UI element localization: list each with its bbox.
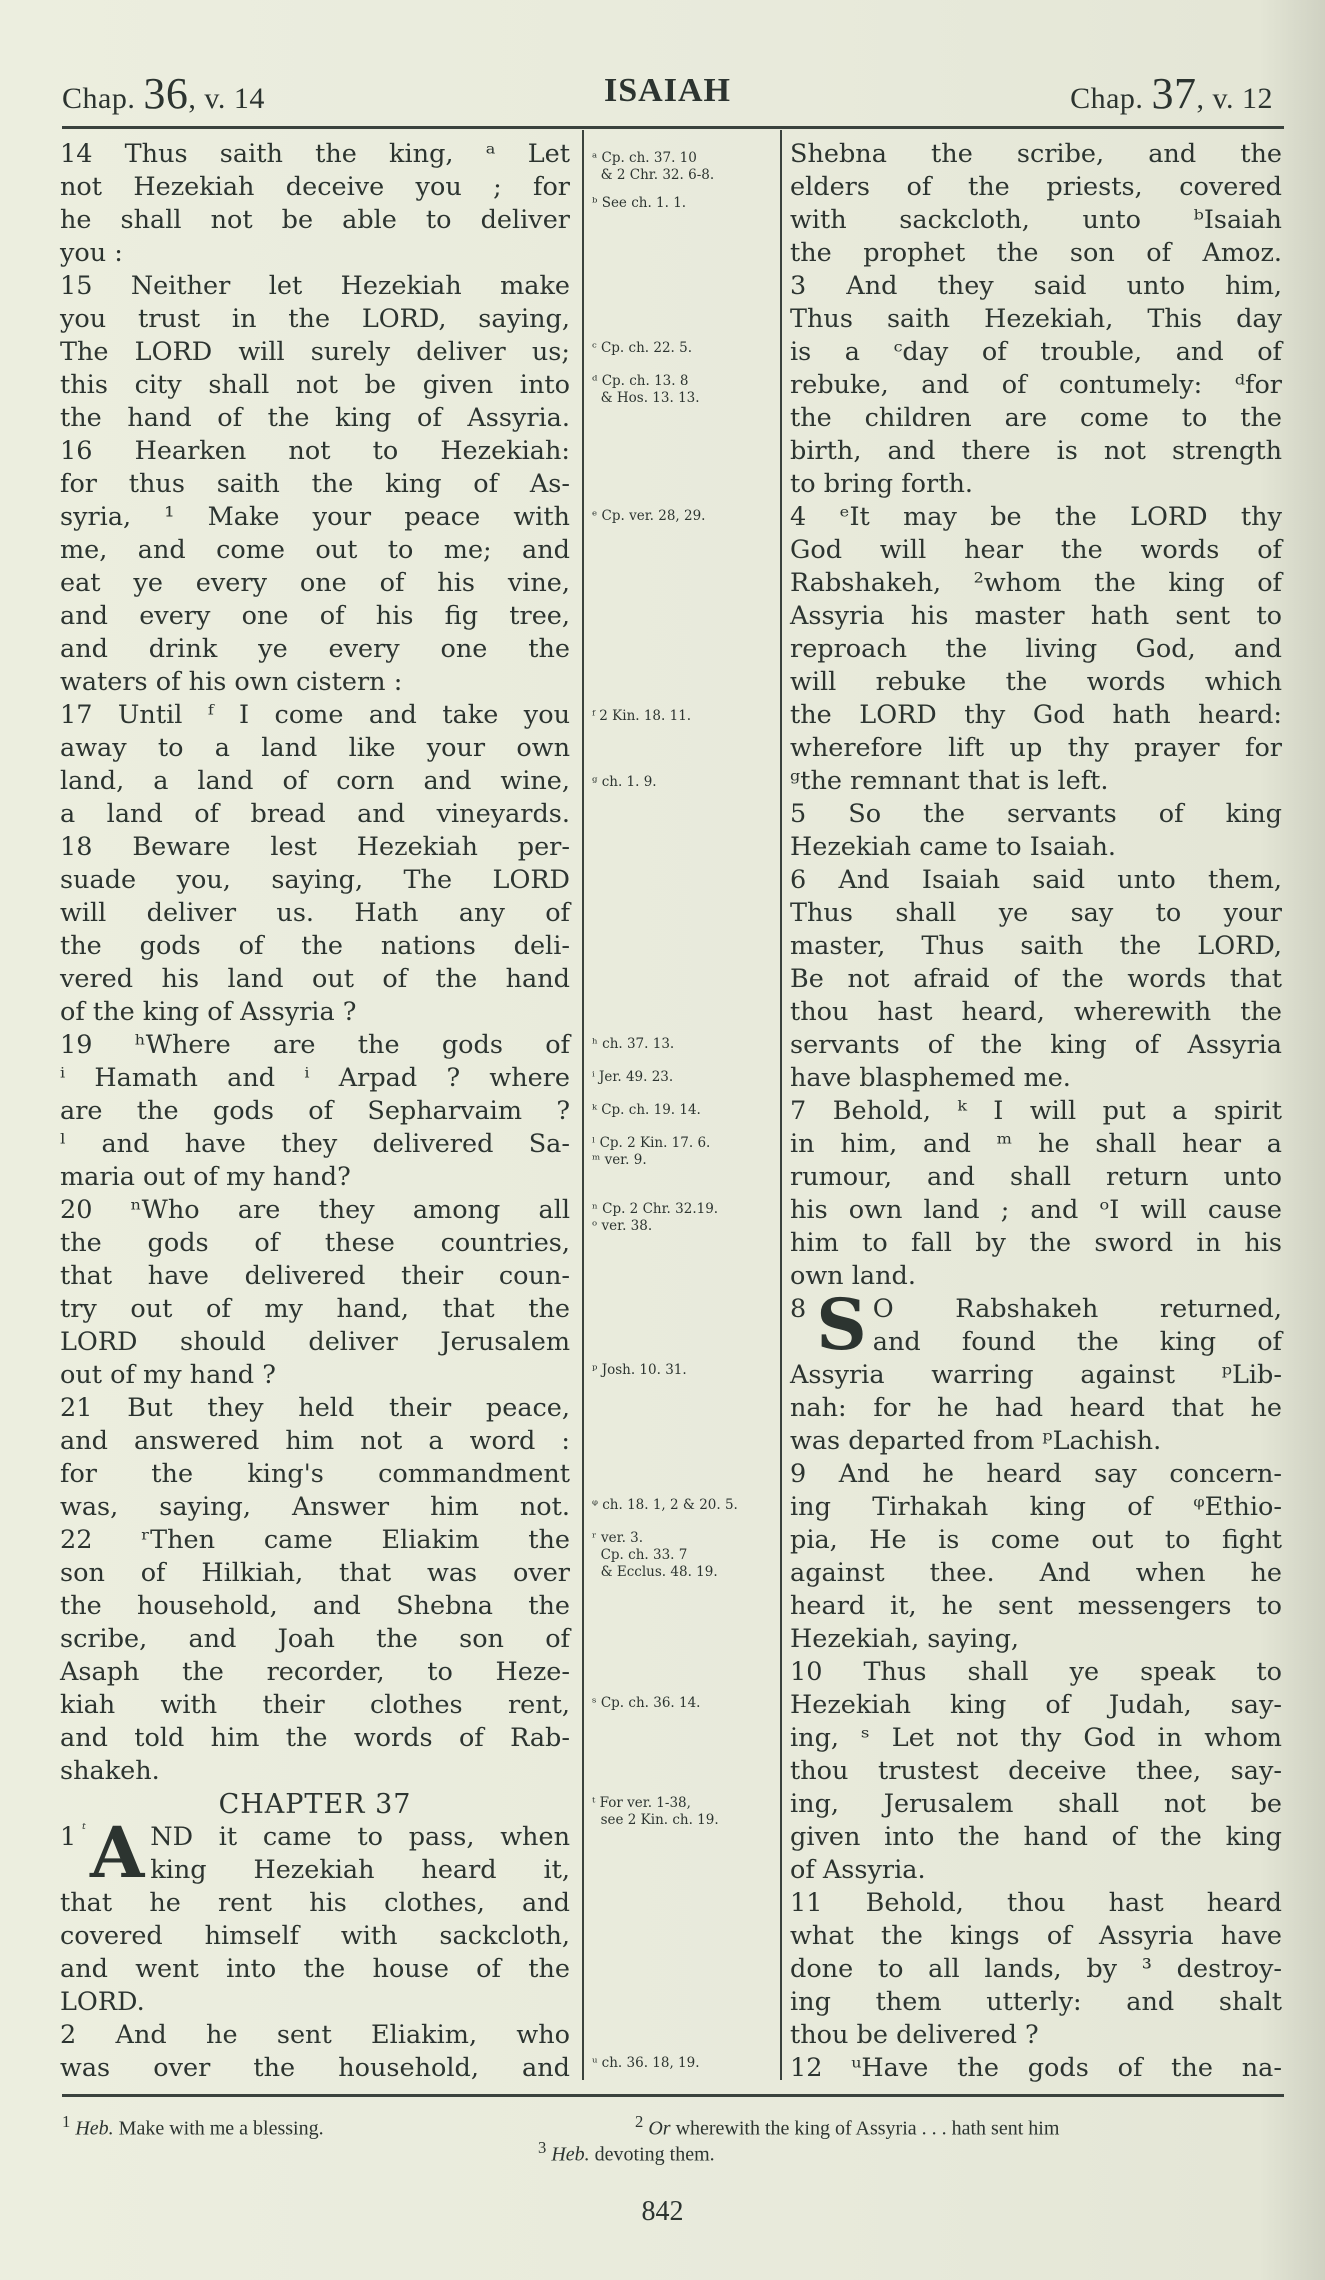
text-line: Rabshakeh, ²whom the king of: [790, 567, 1282, 600]
text-line: what the kings of Assyria have: [790, 1920, 1282, 1953]
text-line: was departed from ᵖLachish.: [790, 1425, 1282, 1458]
footnote-text: devoting them.: [590, 2144, 715, 2166]
text-line: of the king of Assyria ?: [60, 996, 570, 1029]
footnote-label: Heb.: [551, 2144, 589, 2166]
text-line: ⁱ Hamath and ⁱ Arpad ? where: [60, 1062, 570, 1095]
text-line: 9 And he heard say concern-: [790, 1458, 1282, 1491]
cross-reference: ˡ Cp. 2 Kin. 17. 6. ᵐ ver. 9.: [592, 1135, 710, 1169]
text-line: shakeh.: [60, 1755, 570, 1788]
text-line: syria, ¹ Make your peace with: [60, 501, 570, 534]
text-line: covered himself with sackcloth,: [60, 1920, 570, 1953]
text-line: thou hast heard, wherewith the: [790, 996, 1282, 1029]
text-line: elders of the priests, covered: [790, 171, 1282, 204]
text-line: not Hezekiah deceive you ; for: [60, 171, 570, 204]
text-line: ˡ and have they delivered Sa-: [60, 1128, 570, 1161]
text-line: waters of his own cistern :: [60, 666, 570, 699]
text-line: rumour, and shall return unto: [790, 1161, 1282, 1194]
text-line: to bring forth.: [790, 468, 1282, 501]
header-rule: [62, 126, 1284, 129]
cross-reference: ᵠ ch. 18. 1, 2 & 20. 5.: [592, 1497, 738, 1514]
text-line: will deliver us. Hath any of: [60, 897, 570, 930]
text-line: Be not afraid of the words that: [790, 963, 1282, 996]
text-line: ing Tirhakah king of ᵠEthio-: [790, 1491, 1282, 1524]
text-line: and told him the words of Rab-: [60, 1722, 570, 1755]
text-line: are the gods of Sepharvaim ?: [60, 1095, 570, 1128]
text-line: will rebuke the words which: [790, 666, 1282, 699]
text-line: try out of my hand, that the: [60, 1293, 570, 1326]
text-line: Assyria warring against ᵖLib-: [790, 1359, 1282, 1392]
text-line: Shebna the scribe, and the: [790, 138, 1282, 171]
text-line: the hand of the king of Assyria.: [60, 402, 570, 435]
text-line: the gods of these countries,: [60, 1227, 570, 1260]
text-line: the household, and Shebna the: [60, 1590, 570, 1623]
text-line: own land.: [790, 1260, 1282, 1293]
text-line: that have delivered their coun-: [60, 1260, 570, 1293]
cross-reference: ᵗ For ver. 1-38, see 2 Kin. ch. 19.: [592, 1795, 719, 1829]
text-line: 18 Beware lest Hezekiah per-: [60, 831, 570, 864]
text-line: 7 Behold, ᵏ I will put a spirit: [790, 1095, 1282, 1128]
footnote-label: Or: [648, 2118, 670, 2140]
verse-number: 1: [60, 1821, 76, 1854]
text-line: is a ᶜday of trouble, and of: [790, 336, 1282, 369]
text-line: LORD.: [60, 1986, 570, 2019]
cross-reference-column: ᵃ Cp. ch. 37. 10 & 2 Chr. 32. 6-8.ᵇ See …: [582, 130, 782, 2080]
text-line: rebuke, and of contumely: ᵈfor: [790, 369, 1282, 402]
text-line: God will hear the words of: [790, 534, 1282, 567]
text-line: the prophet the son of Amoz.: [790, 237, 1282, 270]
text-line: Hezekiah, saying,: [790, 1623, 1282, 1656]
cross-reference: ᶠ 2 Kin. 18. 11.: [592, 708, 691, 725]
cross-reference: ᵖ Josh. 10. 31.: [592, 1362, 687, 1379]
text-line: The LORD will surely deliver us;: [60, 336, 570, 369]
text-line: 11 Behold, thou hast heard: [790, 1887, 1282, 1920]
text-line: this city shall not be given into: [60, 369, 570, 402]
text-line: that he rent his clothes, and: [60, 1887, 570, 1920]
text-line: 15 Neither let Hezekiah make: [60, 270, 570, 303]
footnote-3: 3 Heb. devoting them.: [538, 2138, 715, 2167]
text-line: pia, He is come out to fight: [790, 1524, 1282, 1557]
cross-reference: ᵈ Cp. ch. 13. 8 & Hos. 13. 13.: [592, 373, 700, 407]
text-line: out of my hand ?: [60, 1359, 570, 1392]
text-line: Thus saith Hezekiah, This day: [790, 303, 1282, 336]
dropcap-paragraph: 1ᵗAND it came to pass, whenking Hezekiah…: [60, 1821, 570, 2085]
text-line: 19 ʰWhere are the gods of: [60, 1029, 570, 1062]
text-line: 5 So the servants of king: [790, 798, 1282, 831]
header-right-reference: Chap. 37, v. 12: [1070, 68, 1273, 119]
text-line: you :: [60, 237, 570, 270]
text-line: done to all lands, by ³ destroy-: [790, 1953, 1282, 1986]
footnote-number: 2: [635, 2112, 643, 2131]
text-line: master, Thus saith the LORD,: [790, 930, 1282, 963]
text-line: 14 Thus saith the king, ᵃ Let: [60, 138, 570, 171]
text-line: 10 Thus shall ye speak to: [790, 1656, 1282, 1689]
cross-reference: ᶜ Cp. ch. 22. 5.: [592, 340, 692, 357]
text-line: maria out of my hand?: [60, 1161, 570, 1194]
footnote-rule: [62, 2094, 1284, 2097]
text-line: ing them utterly: and shalt: [790, 1986, 1282, 2019]
text-line: given into the hand of the king: [790, 1821, 1282, 1854]
text-line: land, a land of corn and wine,: [60, 765, 570, 798]
text-line: Hezekiah came to Isaiah.: [790, 831, 1282, 864]
text-line: him to fall by the sword in his: [790, 1227, 1282, 1260]
verse-number: 8: [790, 1293, 806, 1326]
running-header: Chap. 36, v. 14 ISAIAH Chap. 37, v. 12: [62, 68, 1273, 118]
text-line: the children are come to the: [790, 402, 1282, 435]
text-line: son of Hilkiah, that was over: [60, 1557, 570, 1590]
text-line: against thee. And when he: [790, 1557, 1282, 1590]
text-line: heard it, he sent messengers to: [790, 1590, 1282, 1623]
text-line: for thus saith the king of As-: [60, 468, 570, 501]
text-line: the gods of the nations deli-: [60, 930, 570, 963]
cross-reference: ʰ ch. 37. 13.: [592, 1036, 674, 1053]
text-line: thou be delivered ?: [790, 2019, 1282, 2052]
footnote-number: 1: [62, 2112, 70, 2131]
cross-reference: ᵉ Cp. ver. 28, 29.: [592, 508, 705, 525]
cross-reference: ᵍ ch. 1. 9.: [592, 774, 657, 791]
text-line: scribe, and Joah the son of: [60, 1623, 570, 1656]
cross-reference: ⁱ Jer. 49. 23.: [592, 1069, 673, 1086]
cross-reference: ᵏ Cp. ch. 19. 14.: [592, 1102, 701, 1119]
text-line: eat ye every one of his vine,: [60, 567, 570, 600]
cross-reference: ˢ Cp. ch. 36. 14.: [592, 1695, 700, 1712]
page-number: 842: [0, 2196, 1325, 2228]
cross-reference: ᵃ Cp. ch. 37. 10 & 2 Chr. 32. 6-8.: [592, 150, 714, 184]
text-line: 12 ᵘHave the gods of the na-: [790, 2052, 1282, 2085]
text-line: away to a land like your own: [60, 732, 570, 765]
text-line: reproach the living God, and: [790, 633, 1282, 666]
footnote-number: 3: [538, 2138, 546, 2157]
text-line: 4 ᵉIt may be the LORD thy: [790, 501, 1282, 534]
left-text-column: 14 Thus saith the king, ᵃ Letnot Hezekia…: [60, 138, 570, 2085]
footnote-text: Make with me a blessing.: [114, 2118, 324, 2140]
text-line: vered his land out of the hand: [60, 963, 570, 996]
text-line: his own land ; and ᵒI will cause: [790, 1194, 1282, 1227]
text-line: and answered him not a word :: [60, 1425, 570, 1458]
footnote-text: wherewith the king of Assyria . . . hath…: [671, 2118, 1060, 2140]
right-text-column: Shebna the scribe, and theelders of the …: [790, 138, 1282, 2085]
cross-reference: ⁿ Cp. 2 Chr. 32.19. ᵒ ver. 38.: [592, 1201, 718, 1235]
text-line: servants of the king of Assyria: [790, 1029, 1282, 1062]
text-line: ing, Jerusalem shall not be: [790, 1788, 1282, 1821]
footnote-1: 1 Heb. Make with me a blessing.: [62, 2112, 324, 2141]
text-line: wherefore lift up thy prayer for: [790, 732, 1282, 765]
text-line: suade you, saying, The LORD: [60, 864, 570, 897]
text-line: have blasphemed me.: [790, 1062, 1282, 1095]
footnote-label: Heb.: [75, 2118, 113, 2140]
text-line: with sackcloth, unto ᵇIsaiah: [790, 204, 1282, 237]
cross-reference: ʳ ver. 3. Cp. ch. 33. 7 & Ecclus. 48. 19…: [592, 1530, 718, 1581]
text-line: for the king's commandment: [60, 1458, 570, 1491]
text-line: Thus shall ye say to your: [790, 897, 1282, 930]
text-line: 16 Hearken not to Hezekiah:: [60, 435, 570, 468]
text-line: LORD should deliver Jerusalem: [60, 1326, 570, 1359]
text-line: 20 ⁿWho are they among all: [60, 1194, 570, 1227]
text-line: ᵍthe remnant that is left.: [790, 765, 1282, 798]
text-line: and drink ye every one the: [60, 633, 570, 666]
text-line: you trust in the LORD, saying,: [60, 303, 570, 336]
footnote-2: 2 Or wherewith the king of Assyria . . .…: [635, 2112, 1059, 2141]
text-line: of Assyria.: [790, 1854, 1282, 1887]
text-line: 3 And they said unto him,: [790, 270, 1282, 303]
text-line: birth, and there is not strength: [790, 435, 1282, 468]
text-line: and went into the house of the: [60, 1953, 570, 1986]
text-line: me, and come out to me; and: [60, 534, 570, 567]
text-line: Assyria his master hath sent to: [790, 600, 1282, 633]
text-line: thou trustest deceive thee, say-: [790, 1755, 1282, 1788]
text-line: ing, ˢ Let not thy God in whom: [790, 1722, 1282, 1755]
text-line: kiah with their clothes rent,: [60, 1689, 570, 1722]
text-line: he shall not be able to deliver: [60, 204, 570, 237]
dropcap-paragraph: 8SO Rabshakeh returned,and found the kin…: [790, 1293, 1282, 2085]
cross-reference: ᵘ ch. 36. 18, 19.: [592, 2055, 700, 2072]
text-line: Hezekiah king of Judah, say-: [790, 1689, 1282, 1722]
text-line: nah: for he had heard that he: [790, 1392, 1282, 1425]
text-line: 6 And Isaiah said unto them,: [790, 864, 1282, 897]
drop-cap: A: [90, 1823, 144, 1883]
text-line: a land of bread and vineyards.: [60, 798, 570, 831]
text-line: 21 But they held their peace,: [60, 1392, 570, 1425]
text-line: 22 ʳThen came Eliakim the: [60, 1524, 570, 1557]
chapter-number: 37: [1151, 69, 1196, 118]
text-line: 17 Until ᶠ I come and take you: [60, 699, 570, 732]
verse-label: , v. 12: [1196, 82, 1273, 115]
chapter-label: Chap.: [1070, 82, 1143, 115]
text-line: 2 And he sent Eliakim, who: [60, 2019, 570, 2052]
text-line: was, saying, Answer him not.: [60, 1491, 570, 1524]
text-line: the LORD thy God hath heard:: [790, 699, 1282, 732]
text-line: was over the household, and: [60, 2052, 570, 2085]
cross-reference: ᵇ See ch. 1. 1.: [592, 195, 686, 212]
drop-cap: S: [816, 1295, 867, 1355]
text-line: and every one of his fig tree,: [60, 600, 570, 633]
text-line: in him, and ᵐ he shall hear a: [790, 1128, 1282, 1161]
text-line: Asaph the recorder, to Heze-: [60, 1656, 570, 1689]
